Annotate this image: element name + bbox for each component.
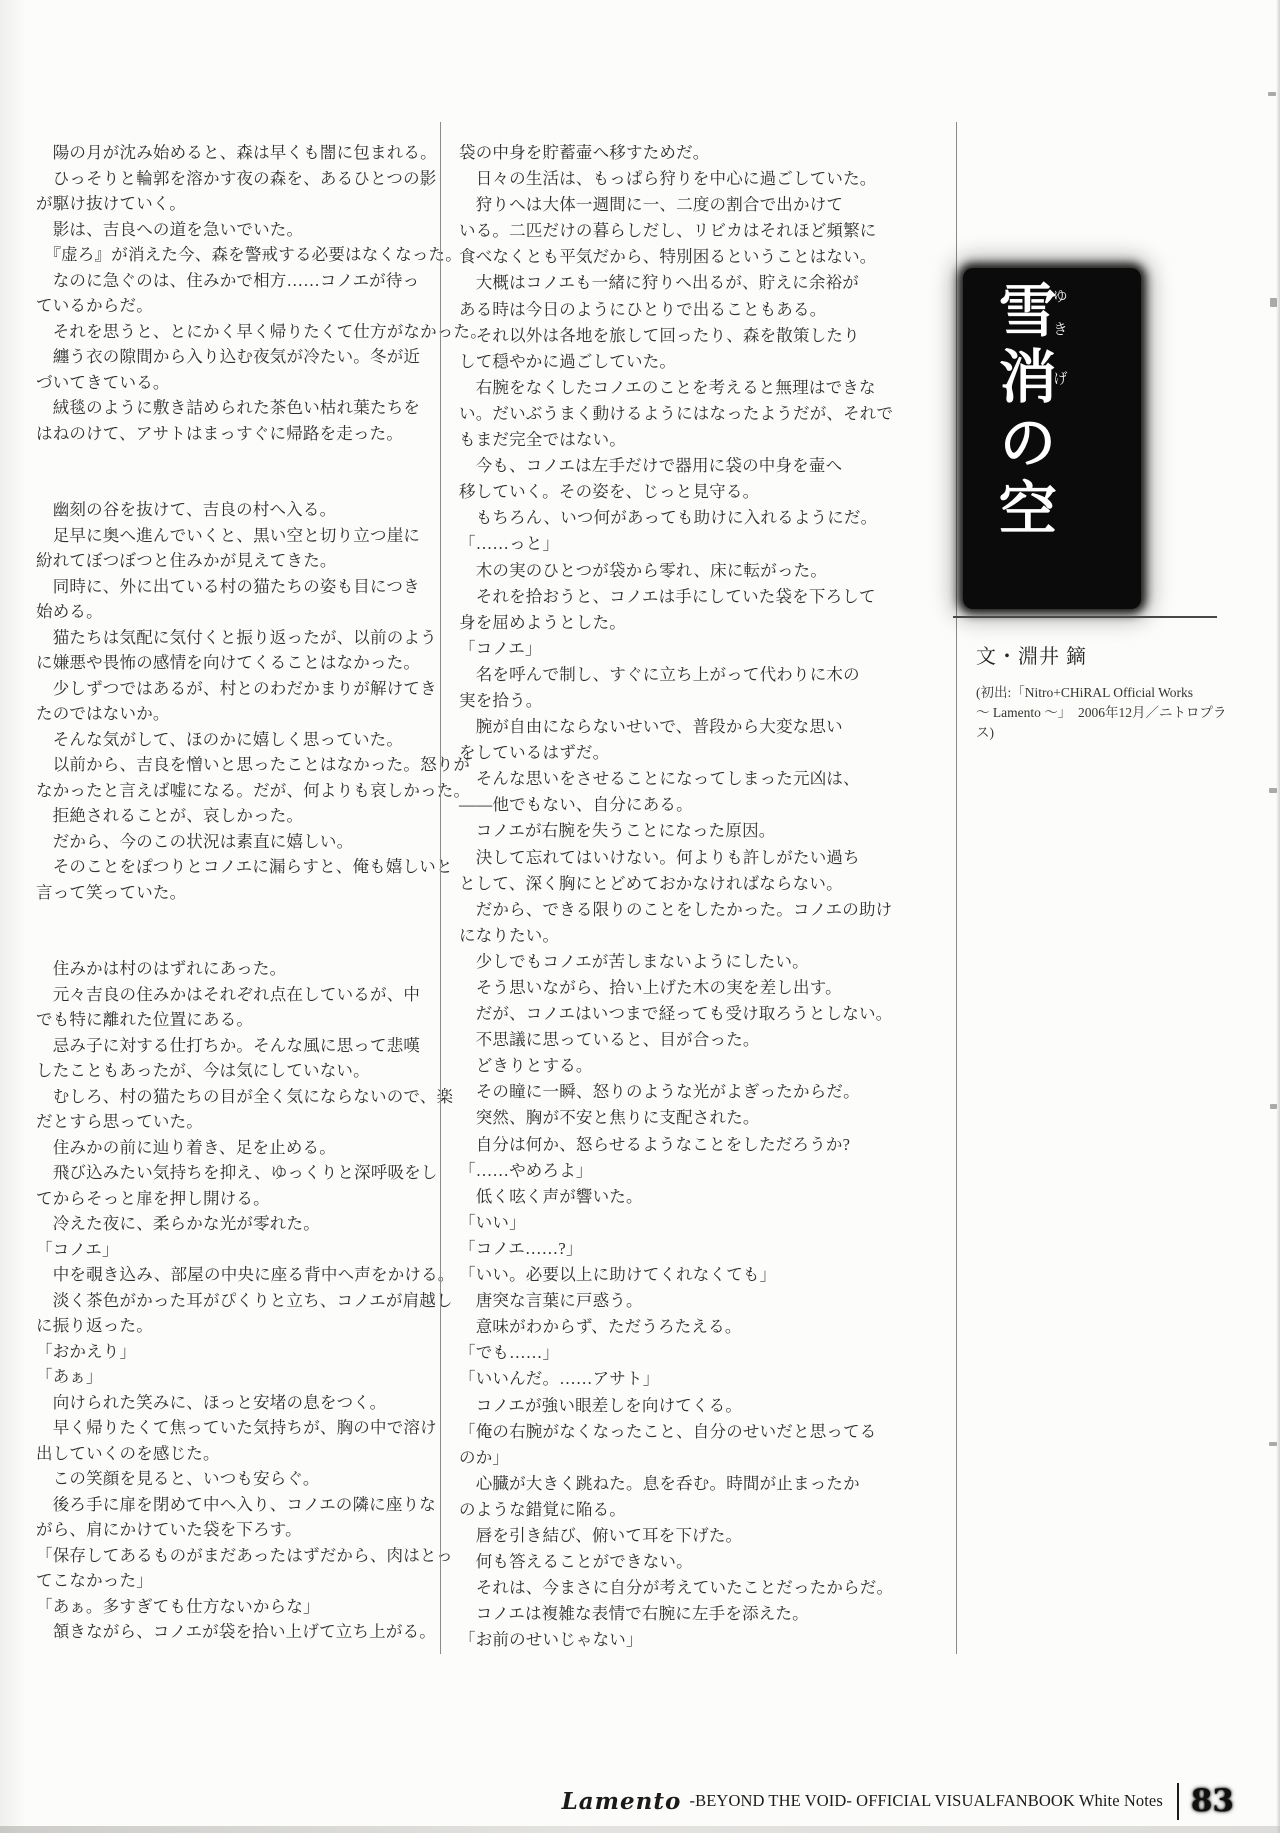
- text-line: 『虚ろ』が消えた今、森を警戒する必要はなくなった。: [36, 242, 436, 268]
- footer-series-script: Lamento: [562, 1788, 682, 1815]
- text-line: 今も、コノエは左手だけで器用に袋の中身を壷へ: [459, 453, 851, 479]
- text-line: ある時は今日のようにひとりで出ることもある。: [459, 297, 851, 323]
- text-line: 後ろ手に扉を閉めて中へ入り、コノエの隣に座りな: [36, 1492, 436, 1518]
- text-line: たのではないか。: [36, 701, 436, 727]
- text-line: 突然、胸が不安と焦りに支配された。: [459, 1105, 851, 1131]
- text-line: 足早に奥へ進んでいくと、黒い空と切り立つ崖に: [36, 523, 436, 549]
- text-line: 頷きながら、コノエが袋を拾い上げて立ち上がる。: [36, 1619, 436, 1645]
- text-line: 出していくのを感じた。: [36, 1441, 436, 1467]
- text-line: い。だいぶうまく動けるようにはなったようだが、それで: [459, 401, 851, 427]
- text-line: 心臓が大きく跳ねた。息を呑む。時間が止まったか: [459, 1471, 851, 1497]
- text-line: 「あぁ。多すぎても仕方ないからな」: [36, 1594, 436, 1620]
- text-line: のような錯覚に陥る。: [459, 1497, 851, 1523]
- text-line: 早く帰りたくて焦っていた気持ちが、胸の中で溶け: [36, 1415, 436, 1441]
- text-line: 纏う衣の隙間から入り込む夜気が冷たい。冬が近: [36, 344, 436, 370]
- text-line: したこともあったが、今は気にしていない。: [36, 1058, 436, 1084]
- text-line: になりたい。: [459, 923, 851, 949]
- text-line: が駆け抜けていく。: [36, 191, 436, 217]
- scan-left-edge: [0, 0, 26, 1833]
- text-line: 「でも……」: [459, 1340, 851, 1366]
- text-line: 「お前のせいじゃない」: [459, 1627, 851, 1653]
- text-line: 「あぁ」: [36, 1364, 436, 1390]
- book-page: 陽の月が沈み始めると、森は早くも闇に包まれる。 ひっそりと輪郭を溶かす夜の森を、…: [0, 0, 1280, 1833]
- text-line: 陽の月が沈み始めると、森は早くも闇に包まれる。: [36, 140, 436, 166]
- text-line: 「……やめろよ」: [459, 1158, 851, 1184]
- text-line: 住みかは村のはずれにあった。: [36, 956, 436, 982]
- text-line: そんな気がして、ほのかに嬉しく思っていた。: [36, 727, 436, 753]
- text-line: して穏やかに過ごしていた。: [459, 349, 851, 375]
- text-line: てからそっと扉を押し開ける。: [36, 1186, 436, 1212]
- story-title: 雪ゆき消げの空: [977, 280, 1068, 596]
- text-line: その瞳に一瞬、怒りのような光がよぎったからだ。: [459, 1079, 851, 1105]
- text-line: 中を覗き込み、部屋の中央に座る背中へ声をかける。: [36, 1262, 436, 1288]
- text-line: 身を屈めようとした。: [459, 610, 851, 636]
- scan-right-edge: [1276, 0, 1280, 1833]
- text-line: 実を拾う。: [459, 688, 851, 714]
- text-line: でも特に離れた位置にある。: [36, 1007, 436, 1033]
- text-line: 忌み子に対する仕打ちか。そんな風に思って悲嘆: [36, 1033, 436, 1059]
- text-line: コノエは複雑な表情で右腕に左手を添えた。: [459, 1601, 851, 1627]
- footer: Lamento -BEYOND THE VOID- OFFICIAL VISUA…: [562, 1779, 1234, 1823]
- text-line: づいてきている。: [36, 370, 436, 396]
- text-line: だから、今のこの状況は素直に嬉しい。: [36, 829, 436, 855]
- text-line: 住みかの前に辿り着き、足を止める。: [36, 1135, 436, 1161]
- text-line: ているからだ。: [36, 293, 436, 319]
- text-line: いる。二匹だけの暮らしだし、リビカはそれほど頻繁に: [459, 218, 851, 244]
- scan-artifact: [1268, 92, 1276, 96]
- text-line: [36, 472, 436, 498]
- footer-divider: [1177, 1783, 1179, 1820]
- scan-artifact: [1270, 1104, 1277, 1109]
- text-line: 冷えた夜に、柔らかな光が零れた。: [36, 1211, 436, 1237]
- text-line: 木の実のひとつが袋から零れ、床に転がった。: [459, 558, 851, 584]
- text-line: 言って笑っていた。: [36, 880, 436, 906]
- text-line: 不思議に思っていると、目が合った。: [459, 1027, 851, 1053]
- text-line: 決して忘れてはいけない。何よりも許しがたい過ち: [459, 845, 851, 871]
- text-line: そのことをぽつりとコノエに漏らすと、俺も嬉しいと: [36, 854, 436, 880]
- title-char: 消げ: [989, 346, 1057, 412]
- column-divider: [440, 122, 441, 1654]
- text-line: それは、今まさに自分が考えていたことだったからだ。: [459, 1575, 851, 1601]
- text-line: それを拾おうと、コノエは手にしていた袋を下ろして: [459, 584, 851, 610]
- text-line: 以前から、吉良を憎いと思ったことはなかった。怒りが: [36, 752, 436, 778]
- text-line: そんな思いをさせることになってしまった元凶は、: [459, 766, 851, 792]
- text-line: 「いいんだ。……アサト」: [459, 1366, 851, 1392]
- text-line: なのに急ぐのは、住みかで相方……コノエが待っ: [36, 268, 436, 294]
- text-line: のか」: [459, 1445, 851, 1471]
- text-line: 始める。: [36, 599, 436, 625]
- text-line: 淡く茶色がかった耳がぴくりと立ち、コノエが肩越し: [36, 1288, 436, 1314]
- text-line: 飛び込みたい気持ちを抑え、ゆっくりと深呼吸をし: [36, 1160, 436, 1186]
- text-line: 大概はコノエも一緒に狩りへ出るが、貯えに余裕が: [459, 270, 851, 296]
- title-char: 空: [989, 478, 1057, 544]
- text-line: 「いい。必要以上に助けてくれなくても」: [459, 1262, 851, 1288]
- text-line: だが、コノエはいつまで経っても受け取ろうとしない。: [459, 1001, 851, 1027]
- text-line: に振り返った。: [36, 1313, 436, 1339]
- text-line: 拒絶されることが、哀しかった。: [36, 803, 436, 829]
- source-credit-line: ～ Lamento ～」 2006年12月／ニトロプラス): [976, 703, 1236, 743]
- title-char: の: [989, 412, 1057, 478]
- text-line: 唇を引き結び、俯いて耳を下げた。: [459, 1523, 851, 1549]
- text-line: 狩りへは大体一週間に一、二度の割合で出かけて: [459, 192, 851, 218]
- text-line: ひっそりと輪郭を溶かす夜の森を、あるひとつの影: [36, 166, 436, 192]
- text-line: 「いい」: [459, 1210, 851, 1236]
- text-line: 意味がわからず、ただうろたえる。: [459, 1314, 851, 1340]
- text-line: 少しでもコノエが苦しまないようにしたい。: [459, 949, 851, 975]
- text-line: もまだ完全ではない。: [459, 427, 851, 453]
- text-line: だとすら思っていた。: [36, 1109, 436, 1135]
- text-line: ――他でもない、自分にある。: [459, 792, 851, 818]
- text-line: 「俺の右腕がなくなったこと、自分のせいだと思ってる: [459, 1419, 851, 1445]
- text-line: てこなかった」: [36, 1568, 436, 1594]
- text-line: として、深く胸にとどめておかなければならない。: [459, 871, 851, 897]
- text-line: 右腕をなくしたコノエのことを考えると無理はできな: [459, 375, 851, 401]
- text-line: 袋の中身を貯蓄壷へ移すためだ。: [459, 140, 851, 166]
- text-line: をしているはずだ。: [459, 740, 851, 766]
- text-line: なかったと言えば嘘になる。だが、何よりも哀しかった。: [36, 778, 436, 804]
- left-text-column: 陽の月が沈み始めると、森は早くも闇に包まれる。 ひっそりと輪郭を溶かす夜の森を、…: [36, 140, 436, 1645]
- text-line: それを思うと、とにかく早く帰りたくて仕方がなかった。: [36, 319, 436, 345]
- scan-bottom-edge: [0, 1826, 1280, 1833]
- text-line: [36, 446, 436, 472]
- text-line: がら、肩にかけていた袋を下ろす。: [36, 1517, 436, 1543]
- text-line: 猫たちは気配に気付くと振り返ったが、以前のよう: [36, 625, 436, 651]
- text-line: 自分は何か、怒らせるようなことをしただろうか?: [459, 1132, 851, 1158]
- text-line: 「コノエ」: [36, 1237, 436, 1263]
- text-line: この笑顔を見ると、いつも安らぐ。: [36, 1466, 436, 1492]
- text-line: [36, 905, 436, 931]
- text-line: 名を呼んで制し、すぐに立ち上がって代わりに木の: [459, 662, 851, 688]
- text-line: 腕が自由にならないせいで、普段から大変な思い: [459, 714, 851, 740]
- page-number: 83: [1191, 1783, 1234, 1819]
- text-line: 日々の生活は、もっぱら狩りを中心に過ごしていた。: [459, 166, 851, 192]
- text-line: 元々吉良の住みかはそれぞれ点在しているが、中: [36, 982, 436, 1008]
- text-line: はねのけて、アサトはまっすぐに帰路を走った。: [36, 421, 436, 447]
- footer-series-title: -BEYOND THE VOID- OFFICIAL VISUALFANBOOK…: [685, 1791, 1163, 1811]
- source-credit-line: (初出:「Nitro+CHiRAL Official Works: [976, 683, 1236, 703]
- text-line: [36, 931, 436, 957]
- text-line: 唐突な言葉に戸惑う。: [459, 1288, 851, 1314]
- text-line: 「おかえり」: [36, 1339, 436, 1365]
- text-line: に嫌悪や畏怖の感情を向けてくることはなかった。: [36, 650, 436, 676]
- text-line: コノエが強い眼差しを向けてくる。: [459, 1393, 851, 1419]
- scan-artifact: [1270, 298, 1277, 307]
- text-line: 「コノエ」: [459, 636, 851, 662]
- text-line: だから、できる限りのことをしたかった。コノエの助け: [459, 897, 851, 923]
- text-line: 低く呟く声が響いた。: [459, 1184, 851, 1210]
- text-line: 同時に、外に出ている村の猫たちの姿も目につき: [36, 574, 436, 600]
- text-line: 食べなくとも平気だから、特別困るということはない。: [459, 244, 851, 270]
- text-line: そう思いながら、拾い上げた木の実を差し出す。: [459, 975, 851, 1001]
- text-line: 「コノエ……?」: [459, 1236, 851, 1262]
- scan-artifact: [1269, 788, 1277, 793]
- column-divider: [956, 122, 957, 1654]
- text-line: 紛れてぼつぼつと住みかが見えてきた。: [36, 548, 436, 574]
- scan-artifact: [1269, 1442, 1277, 1446]
- text-line: 絨毯のように敷き詰められた茶色い枯れ葉たちを: [36, 395, 436, 421]
- title-underline: [953, 616, 1217, 618]
- text-line: コノエが右腕を失うことになった原因。: [459, 818, 851, 844]
- text-line: それ以外は各地を旅して回ったり、森を散策したり: [459, 323, 851, 349]
- text-line: 幽刻の谷を抜けて、吉良の村へ入る。: [36, 497, 436, 523]
- story-title-band: 雪ゆき消げの空: [963, 268, 1141, 609]
- credit-block: 文・淵井 鏑 (初出:「Nitro+CHiRAL Official Works …: [976, 640, 1236, 743]
- text-line: 少しずつではあるが、村とのわだかまりが解けてき: [36, 676, 436, 702]
- text-line: 「……っと」: [459, 531, 851, 557]
- author-credit: 文・淵井 鏑: [976, 640, 1236, 669]
- text-line: 影は、吉良への道を急いでいた。: [36, 217, 436, 243]
- text-line: もちろん、いつ何があっても助けに入れるようにだ。: [459, 505, 851, 531]
- title-char: 雪ゆき: [989, 280, 1057, 346]
- text-line: 向けられた笑みに、ほっと安堵の息をつく。: [36, 1390, 436, 1416]
- text-line: むしろ、村の猫たちの目が全く気にならないので、楽: [36, 1084, 436, 1110]
- text-line: 移していく。その姿を、じっと見守る。: [459, 479, 851, 505]
- middle-text-column: 袋の中身を貯蓄壷へ移すためだ。 日々の生活は、もっぱら狩りを中心に過ごしていた。…: [459, 140, 851, 1653]
- text-line: 「保存してあるものがまだあったはずだから、肉はとっ: [36, 1543, 436, 1569]
- text-line: どきりとする。: [459, 1053, 851, 1079]
- text-line: 何も答えることができない。: [459, 1549, 851, 1575]
